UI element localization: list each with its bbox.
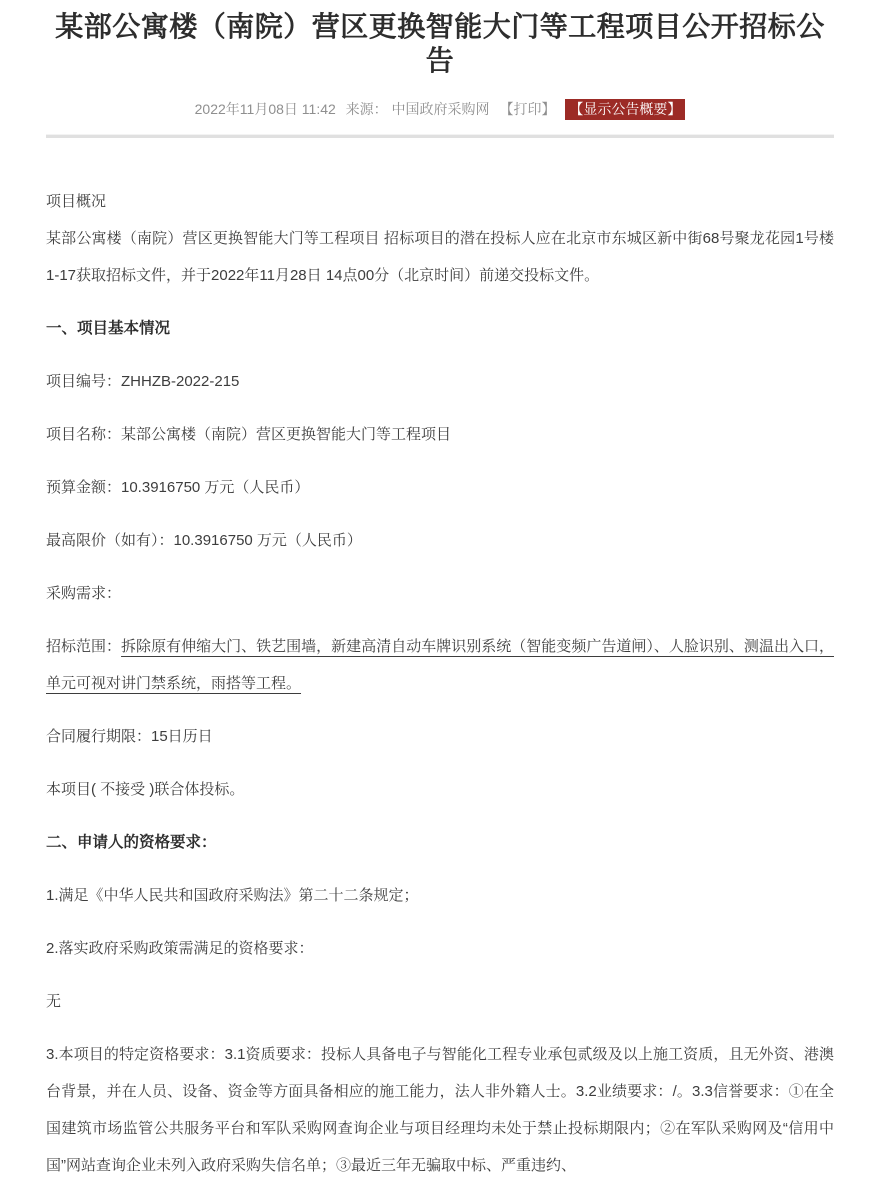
qualification-item-2-value: 无	[46, 983, 834, 1020]
qualification-item-2: 2.落实政府采购政策需满足的资格要求：	[46, 930, 834, 967]
field-max-price: 最高限价（如有）：10.3916750 万元（人民币）	[46, 522, 834, 559]
overview-paragraph: 某部公寓楼（南院）营区更换智能大门等工程项目 招标项目的潜在投标人应在北京市东城…	[46, 220, 834, 294]
field-procurement-needs-label: 采购需求：	[46, 575, 834, 612]
publish-datetime: 2022年11月08日 11:42	[195, 101, 336, 117]
show-summary-button[interactable]: 【显示公告概要】	[565, 99, 685, 120]
print-button[interactable]: 【打印】	[499, 101, 555, 117]
qualification-item-1: 1.满足《中华人民共和国政府采购法》第二十二条规定；	[46, 877, 834, 914]
section-2-heading: 二、申请人的资格要求：	[46, 824, 834, 861]
header-divider	[46, 134, 834, 138]
field-project-name: 项目名称：某部公寓楼（南院）营区更换智能大门等工程项目	[46, 416, 834, 453]
qualification-item-3: 3.本项目的特定资格要求：3.1资质要求：投标人具备电子与智能化工程专业承包贰级…	[46, 1036, 834, 1184]
announcement-page: 某部公寓楼（南院）营区更换智能大门等工程项目公开招标公告 2022年11月08日…	[46, 10, 834, 1184]
field-consortium-bidding: 本项目( 不接受 )联合体投标。	[46, 771, 834, 808]
field-tender-scope: 招标范围：拆除原有伸缩大门、铁艺围墙，新建高清自动车牌识别系统（智能变频广告道闸…	[46, 628, 834, 702]
section-1-heading: 一、项目基本情况	[46, 310, 834, 347]
field-project-number: 项目编号：ZHHZB-2022-215	[46, 363, 834, 400]
page-title: 某部公寓楼（南院）营区更换智能大门等工程项目公开招标公告	[46, 10, 834, 78]
overview-heading: 项目概况	[46, 183, 834, 220]
field-contract-period: 合同履行期限：15日历日	[46, 718, 834, 755]
meta-bar: 2022年11月08日 11:42 来源： 中国政府采购网 【打印】 【显示公告…	[46, 99, 834, 119]
field-budget: 预算金额：10.3916750 万元（人民币）	[46, 469, 834, 506]
tender-scope-text: 拆除原有伸缩大门、铁艺围墙，新建高清自动车牌识别系统（智能变频广告道闸）、人脸识…	[46, 638, 834, 692]
tender-scope-label: 招标范围：	[46, 638, 121, 655]
announcement-body: 项目概况 某部公寓楼（南院）营区更换智能大门等工程项目 招标项目的潜在投标人应在…	[46, 183, 834, 1184]
source-label: 来源： 中国政府采购网	[346, 101, 490, 117]
